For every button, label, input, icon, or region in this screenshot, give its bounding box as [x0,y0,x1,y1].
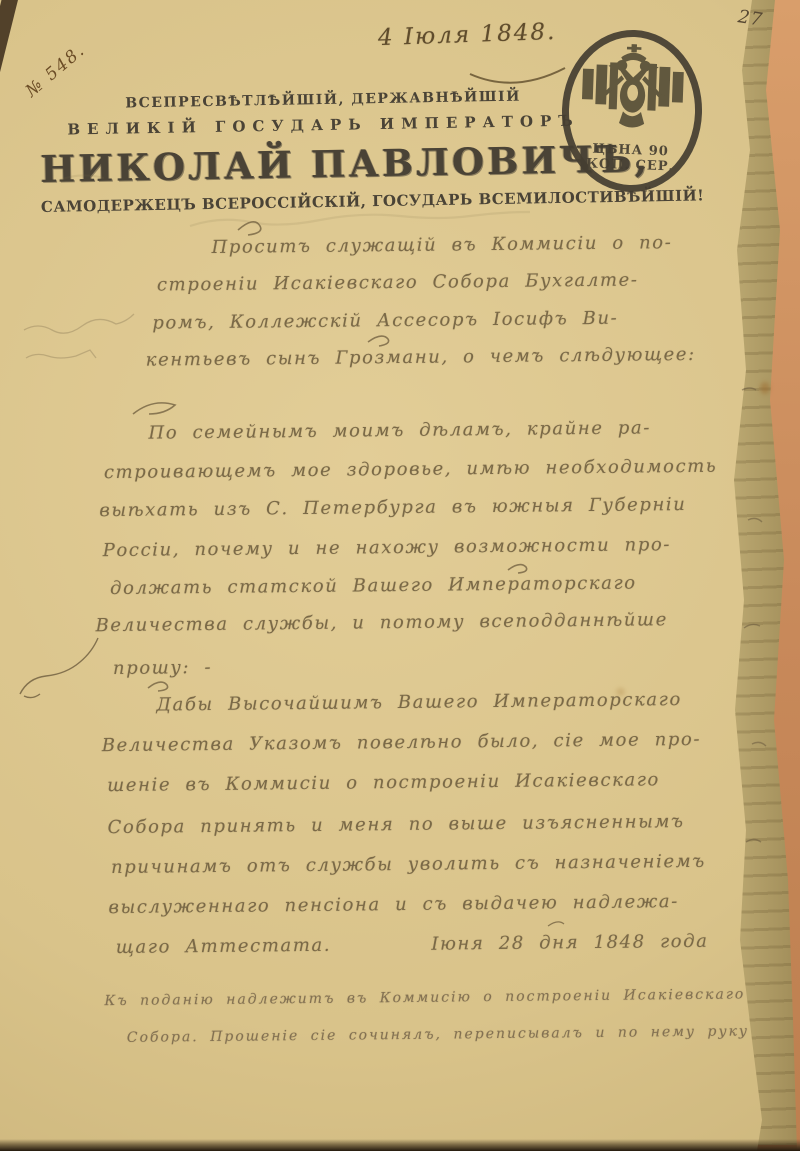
manuscript-line: причинамъ отъ службы уволить съ назначен… [111,851,706,878]
manuscript-line: По семейнымъ моимъ дѣламъ, крайне ра- [148,417,651,443]
manuscript-line: прошу: - [113,657,212,679]
manuscript-line: Величества службы, и потому всеподданнѣй… [95,609,668,636]
manuscript-line: ромъ, Коллежскій Ассесоръ Іосифъ Ви- [152,308,618,334]
manuscript-line: Россіи, почему и не нахожу возможности п… [103,534,672,561]
manuscript-body: Проситъ служащій въ Коммисіи о по- строе… [0,0,800,1151]
manuscript-line: строивающемъ мое здоровье, имѣю необходи… [104,456,718,483]
manuscript-line: щаго Аттестата. Іюня 28 дня 1848 года [116,931,709,958]
page-bottom-edge [0,1139,800,1151]
manuscript-line: шеніе въ Коммисіи о построеніи Исакіевск… [107,769,660,796]
manuscript-line: Величества Указомъ повелѣно было, сіе мо… [102,729,702,756]
manuscript-line: Дабы Высочайшимъ Вашего Императорскаго [156,689,682,716]
manuscript-line: Къ поданію надлежитъ въ Коммисію о постр… [104,986,745,1009]
manuscript-line: выѣхать изъ С. Петербурга въ южныя Губер… [99,494,686,521]
manuscript-line: Проситъ служащій въ Коммисіи о по- [211,232,672,258]
manuscript-line: Собора. Прошеніе сіе сочинялъ, переписыв… [127,1023,749,1046]
manuscript-line: должать статской Вашего Императорскаго [110,573,637,600]
manuscript-line: кентьевъ сынъ Грозмани, о чемъ слѣдующее… [146,344,696,371]
manuscript-line: Собора принять и меня по выше изъясненны… [108,811,685,838]
manuscript-line: выслуженнаго пенсіона и съ выдачею надле… [108,891,679,918]
document-page: № 548. 27 4 Іюля 1848. ВСЕПРЕСВѢТЛѢЙШІЙ,… [0,0,800,1151]
manuscript-line: строеніи Исакіевскаго Собора Бухгалте- [157,269,639,295]
